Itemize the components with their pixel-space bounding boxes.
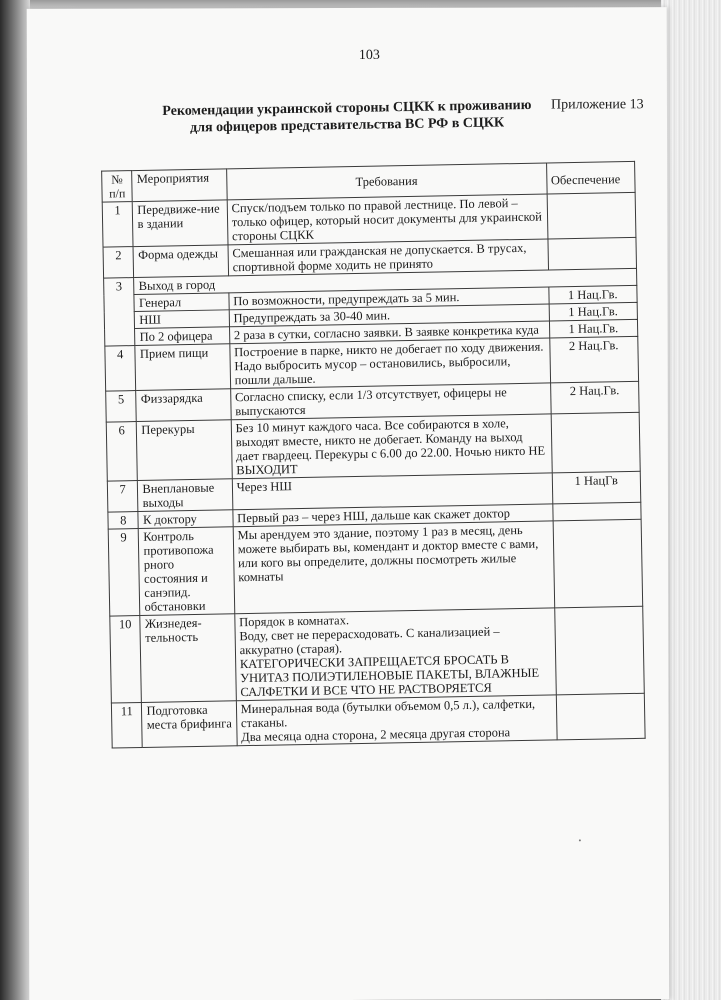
requirement-line: Через НШ <box>237 475 548 495</box>
table-row: 11Подготовка места брифингаМинеральная в… <box>111 693 645 748</box>
book-binding-shadow <box>0 0 30 1000</box>
row-event: К доктору <box>138 510 233 529</box>
scan-speck <box>579 839 581 841</box>
row-event: Прием пищи <box>135 344 230 391</box>
appendix-label: Приложение 13 <box>551 97 644 113</box>
row-provision <box>548 237 637 270</box>
table-row: 6ПерекурыБез 10 минут каждого часа. Все … <box>106 412 640 481</box>
row-requirements: Спуск/подъем только по правой лестнице. … <box>227 194 548 245</box>
table-row: 9Контроль противопожа рного состояния и … <box>108 519 643 616</box>
subrow-provision: 1 Нац.Гв. <box>549 302 638 321</box>
row-provision <box>552 502 641 521</box>
page-stack-edge <box>661 0 721 1000</box>
row-requirements: Построение в парке, никто не добегает по… <box>230 338 551 389</box>
row-number: 7 <box>107 481 138 513</box>
requirement-line: Без 10 минут каждого часа. Все собираютс… <box>235 416 547 478</box>
requirement-line: Надо выбросить мусор – остановились, выб… <box>234 354 545 388</box>
row-number: 6 <box>106 422 138 482</box>
row-requirements: Порядок в комнатах.Воду, свет не перерас… <box>234 608 555 701</box>
row-number: 5 <box>106 391 137 423</box>
row-number: 9 <box>108 529 140 617</box>
row-event: Контроль противопожа рного состояния и с… <box>139 527 235 616</box>
requirement-line: Согласно списку, если 1/3 отсутствует, о… <box>235 385 546 419</box>
row-provision <box>551 412 641 473</box>
row-number: 11 <box>111 702 142 748</box>
row-provision: 2 Нац.Гв. <box>550 381 639 414</box>
subrow-provision: 1 Нац.Гв. <box>549 319 638 338</box>
row-number: 1 <box>102 202 133 248</box>
row-requirements: Мы арендуем это здание, поэтому 1 раз в … <box>233 521 554 614</box>
row-provision <box>547 192 636 239</box>
row-provision <box>554 606 644 695</box>
subrow-provision: 1 Нац.Гв. <box>548 285 637 304</box>
row-event: Жизнедея-тельность <box>140 614 236 703</box>
document-page: 103 Приложение 13 Рекомендации украинско… <box>27 7 670 1000</box>
header-num: № п/п <box>102 171 133 203</box>
row-number: 4 <box>105 346 136 392</box>
row-event: Физзарядка <box>136 389 231 422</box>
row-number: 3 <box>104 278 136 347</box>
row-number: 8 <box>108 512 139 530</box>
row-requirements: Минеральная вода (бутылки объемом 0,5 л.… <box>236 695 557 746</box>
table-row: 10Жизнедея-тельностьПорядок в комнатах.В… <box>110 606 645 703</box>
row-provision: 2 Нац.Гв. <box>549 336 638 383</box>
row-number: 10 <box>110 616 142 704</box>
requirement-line: Мы арендуем это здание, поэтому 1 раз в … <box>237 523 549 585</box>
requirement-line: КАТЕГОРИЧЕСКИ ЗАПРЕЩАЕТСЯ БРОСАТЬ В УНИТ… <box>240 651 552 699</box>
recommendations-table: № п/п Мероприятия Требования Обеспечение… <box>101 161 646 749</box>
row-provision <box>553 519 643 608</box>
header-event: Мероприятия <box>132 169 227 202</box>
requirement-line: Спуск/подъем только по правой лестнице. … <box>231 196 543 244</box>
row-event: Подготовка места брифинга <box>142 701 237 748</box>
subrow-event: Генерал <box>134 293 229 312</box>
subrow-event: НШ <box>135 310 230 329</box>
row-provision: 1 НацГв <box>552 471 641 504</box>
row-requirements: Без 10 минут каждого часа. Все собираютс… <box>231 414 552 479</box>
requirement-line: Смешанная или гражданская не допускается… <box>232 241 543 275</box>
page-number: 103 <box>359 48 380 64</box>
row-event: Передвиже-ние в здании <box>133 200 228 247</box>
document-title: Рекомендации украинской стороны СЦКК к п… <box>147 97 548 138</box>
subrow-event: По 2 офицера <box>135 327 230 346</box>
row-event: Внеплановые выходы <box>138 479 233 512</box>
row-number: 2 <box>103 247 134 279</box>
header-provision: Обеспечение <box>546 161 635 194</box>
row-event: Перекуры <box>137 420 232 481</box>
table-body: 1Передвиже-ние в зданииСпуск/подъем толь… <box>102 192 645 748</box>
row-event: Форма одежды <box>133 245 228 278</box>
row-provision <box>556 693 645 740</box>
